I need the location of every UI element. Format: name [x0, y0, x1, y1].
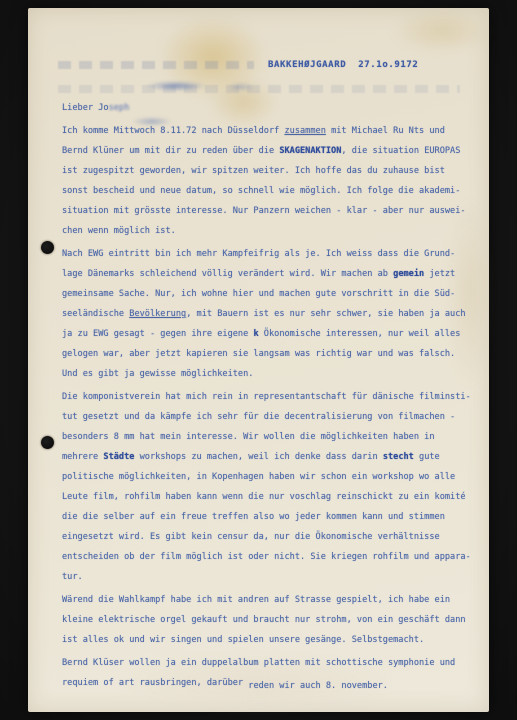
- paragraph: Wärend die Wahlkampf habe ich mit andren…: [62, 590, 480, 650]
- dropped-baseline-text-run: reden wir auch 8. november.: [248, 676, 388, 696]
- letterhead-date: 27.1o.9172: [358, 60, 418, 70]
- letter-text: Lieber Joseph Ich komme Mittwoch 8.11.72…: [62, 98, 480, 696]
- text-run: , die situation EUROPAS ist zugespitzt g…: [62, 146, 466, 236]
- letter-paper: BAKKEHØJGAARD27.1o.9172 Lieber Joseph Ic…: [28, 8, 489, 712]
- letter-body: Ich komme Mittwoch 8.11.72 nach Düsseldo…: [62, 121, 480, 693]
- bold-text-run: stecht: [383, 452, 414, 462]
- bold-text-run: SKAGENAKTION: [279, 146, 341, 156]
- smudged-text-run: seph: [109, 98, 130, 118]
- letterhead: BAKKEHØJGAARD27.1o.9172: [268, 60, 418, 70]
- text-run: Lieber Jo: [62, 103, 109, 113]
- punch-hole: [41, 436, 54, 449]
- punch-hole: [41, 241, 54, 254]
- text-run: gute politische möglichkeiten, in Kopenh…: [62, 452, 471, 582]
- screenshot-background: BAKKEHØJGAARD27.1o.9172 Lieber Joseph Ic…: [0, 0, 517, 720]
- paragraph: Nach EWG eintritt bin ich mehr Kampfeifr…: [62, 244, 480, 384]
- underlined-text-run: Bevölkerung: [129, 309, 186, 319]
- erased-text-smudge: [58, 61, 254, 69]
- text-run: Ich komme Mittwoch 8.11.72 nach Düsseldo…: [62, 126, 284, 136]
- paragraph: Bernd Klüser wollen ja ein duppelalbum p…: [62, 653, 480, 693]
- erased-text-smudge: [58, 85, 460, 93]
- ink-smudge: [226, 82, 256, 92]
- underlined-text-run: zusammen: [284, 126, 325, 136]
- bold-text-run: Städte: [103, 452, 134, 462]
- bold-text-run: gemein: [393, 269, 424, 279]
- paragraph: Die komponistverein hat mich rein in rep…: [62, 387, 480, 587]
- text-run: Wärend die Wahlkampf habe ich mit andren…: [62, 595, 466, 645]
- coffee-stain: [376, 2, 508, 60]
- paragraph: Ich komme Mittwoch 8.11.72 nach Düsseldo…: [62, 121, 480, 241]
- letterhead-location: BAKKEHØJGAARD: [268, 60, 346, 70]
- text-run: workshops zu machen, weil ich denke dass…: [134, 452, 382, 462]
- salutation: Lieber Joseph: [62, 98, 480, 118]
- ink-smudge: [140, 80, 212, 92]
